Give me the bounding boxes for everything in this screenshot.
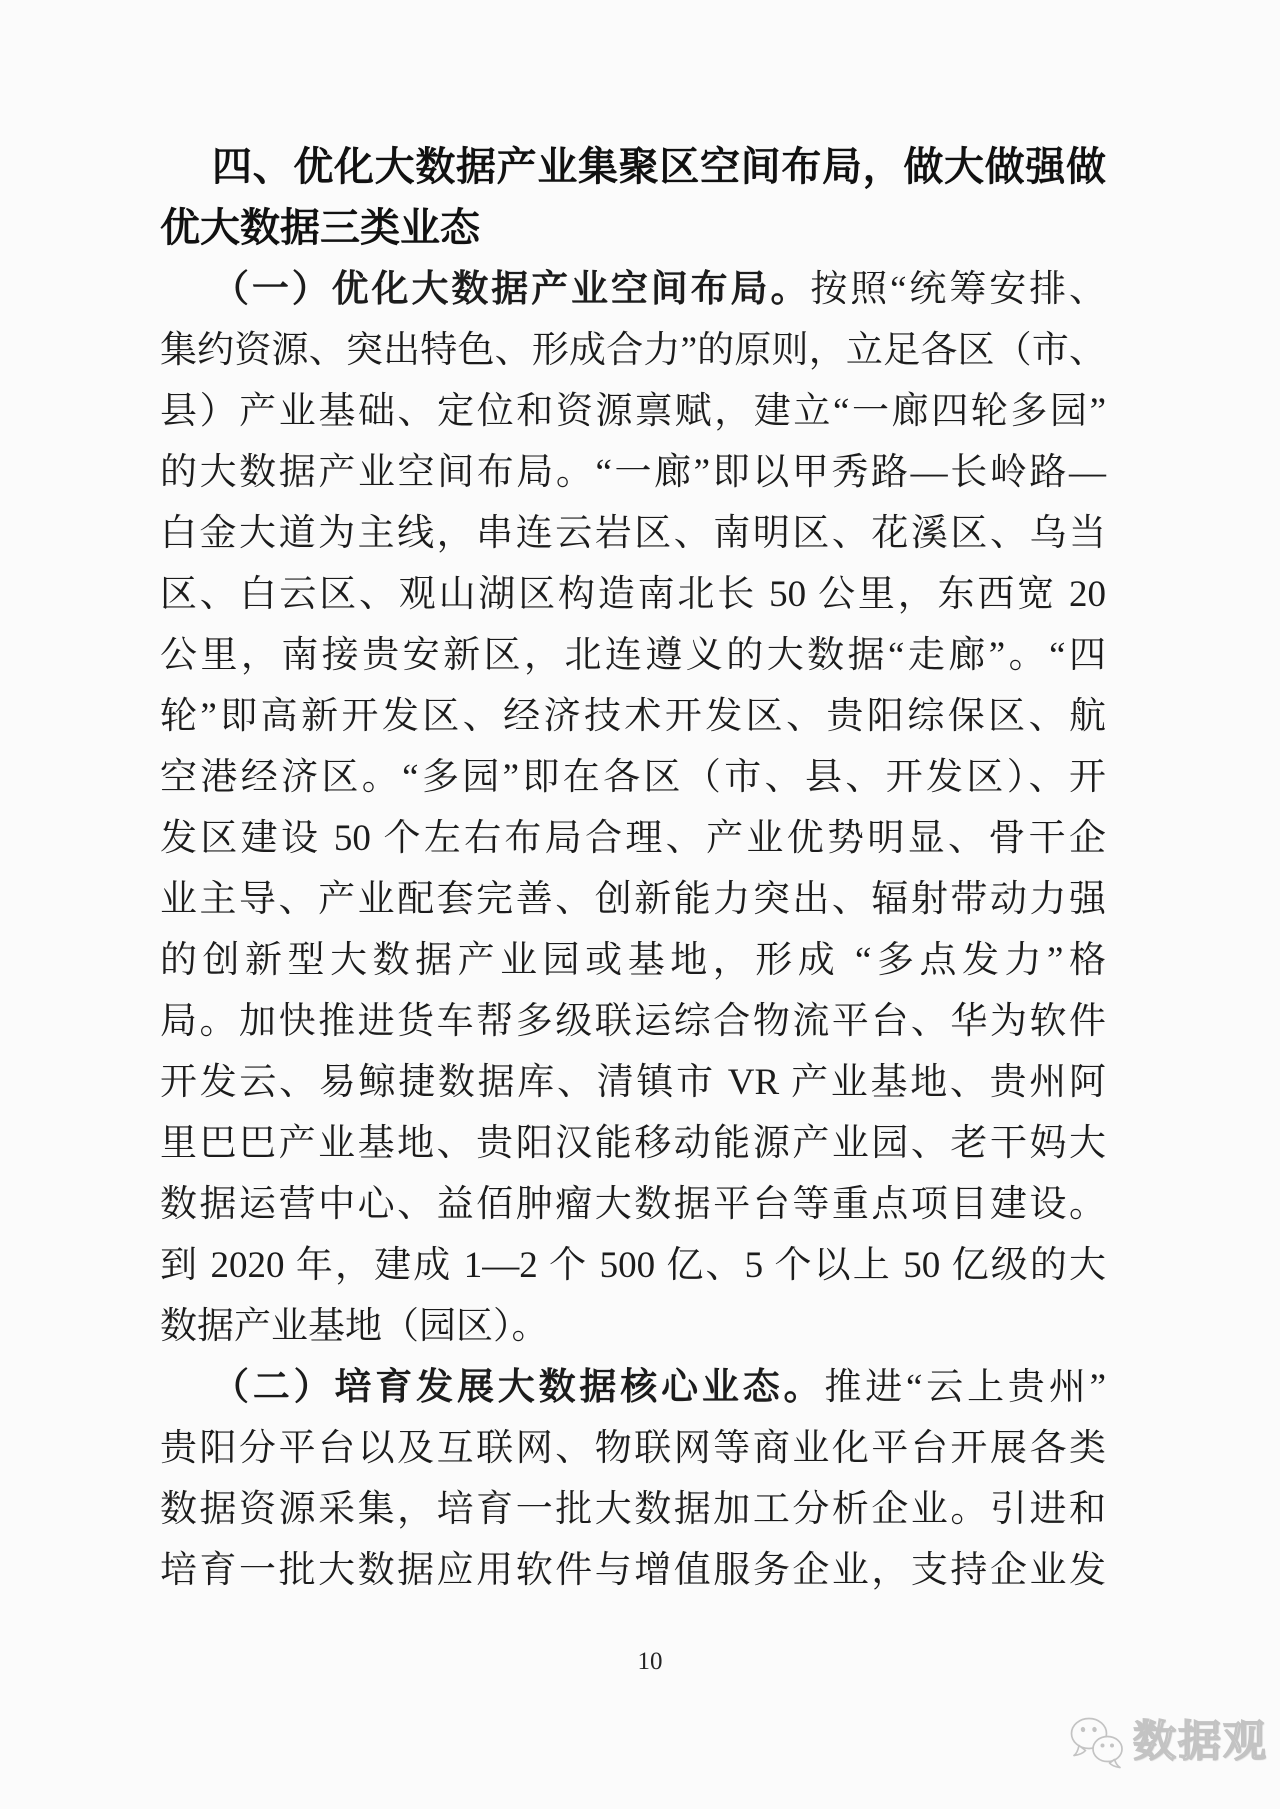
body-text: 轮”即高新开发区、经济技术开发区、贵阳综保区、航 <box>160 696 1106 737</box>
heading-line: 四、优化大数据产业集聚区空间布局，做大做强做 <box>160 137 1106 198</box>
body-text: 里巴巴产业基地、贵阳汉能移动能源产业园、老干妈大 <box>160 1123 1106 1164</box>
body-line: 业主导、产业配套完善、创新能力突出、辐射带动力强 <box>160 869 1106 930</box>
body-line: 空港经济区。“多园”即在各区（市、县、开发区）、开 <box>160 747 1106 808</box>
body-text: 局。加快推进货车帮多级联运综合物流平台、华为软件 <box>160 1001 1106 1042</box>
body-line: 公里，南接贵安新区，北连遵义的大数据“走廊”。“四 <box>160 625 1106 686</box>
body-line: 白金大道为主线，串连云岩区、南明区、花溪区、乌当 <box>160 503 1106 564</box>
body-text: 空港经济区。“多园”即在各区（市、县、开发区）、开 <box>160 757 1106 798</box>
body-text: 优大数据三类业态 <box>160 206 480 250</box>
body-text: 数据资源采集，培育一批大数据加工分析企业。引进和 <box>160 1489 1106 1530</box>
body-line: 里巴巴产业基地、贵阳汉能移动能源产业园、老干妈大 <box>160 1113 1106 1174</box>
heading-line: 优大数据三类业态 <box>160 198 1106 259</box>
body-line: 开发云、易鲸捷数据库、清镇市 VR 产业基地、贵州阿 <box>160 1052 1106 1113</box>
body-text: 开发云、易鲸捷数据库、清镇市 VR 产业基地、贵州阿 <box>160 1062 1106 1103</box>
body-text: 县）产业基础、定位和资源禀赋，建立“一廊四轮多园” <box>160 391 1106 432</box>
body-text: 数据产业基地（园区）。 <box>160 1306 549 1347</box>
watermark-label: 数据观 <box>1133 1721 1268 1764</box>
body-text: 按照“统筹安排、 <box>810 269 1106 310</box>
body-line: 培育一批大数据应用软件与增值服务企业，支持企业发 <box>160 1540 1106 1601</box>
body-line: （一）优化大数据产业空间布局。按照“统筹安排、 <box>160 259 1106 320</box>
body-line: 到 2020 年，建成 1—2 个 500 亿、5 个以上 50 亿级的大 <box>160 1235 1106 1296</box>
body-text: 推进“云上贵州” <box>824 1367 1106 1408</box>
body-line: 轮”即高新开发区、经济技术开发区、贵阳综保区、航 <box>160 686 1106 747</box>
bold-subheading-text: （一）优化大数据产业空间布局。 <box>212 269 810 310</box>
body-text: 业主导、产业配套完善、创新能力突出、辐射带动力强 <box>160 879 1106 920</box>
body-text: 数据运营中心、益佰肿瘤大数据平台等重点项目建设。 <box>160 1184 1106 1225</box>
watermark: 数据观 <box>1066 1714 1268 1770</box>
body-line: （二）培育发展大数据核心业态。推进“云上贵州” <box>160 1357 1106 1418</box>
wechat-icon <box>1066 1714 1128 1770</box>
body-text: 到 2020 年，建成 1—2 个 500 亿、5 个以上 50 亿级的大 <box>160 1245 1106 1286</box>
bold-subheading-text: （二）培育发展大数据核心业态。 <box>212 1367 824 1408</box>
body-text: 白金大道为主线，串连云岩区、南明区、花溪区、乌当 <box>160 513 1106 554</box>
body-text: 的创新型大数据产业园或基地，形成 “多点发力”格 <box>160 940 1106 981</box>
body-line: 集约资源、突出特色、形成合力”的原则，立足各区（市、 <box>160 320 1106 381</box>
body-text: 贵阳分平台以及互联网、物联网等商业化平台开展各类 <box>160 1428 1106 1469</box>
body-text: 的大数据产业空间布局。“一廊”即以甲秀路—长岭路— <box>160 452 1106 493</box>
document-page: 四、优化大数据产业集聚区空间布局，做大做强做优大数据三类业态（一）优化大数据产业… <box>0 0 1280 1809</box>
body-line: 数据资源采集，培育一批大数据加工分析企业。引进和 <box>160 1479 1106 1540</box>
body-text: 发区建设 50 个左右布局合理、产业优势明显、骨干企 <box>160 818 1106 859</box>
body-line: 的大数据产业空间布局。“一廊”即以甲秀路—长岭路— <box>160 442 1106 503</box>
body-text: 集约资源、突出特色、形成合力”的原则，立足各区（市、 <box>160 330 1106 371</box>
body-line: 县）产业基础、定位和资源禀赋，建立“一廊四轮多园” <box>160 381 1106 442</box>
body-line: 贵阳分平台以及互联网、物联网等商业化平台开展各类 <box>160 1418 1106 1479</box>
body-line: 区、白云区、观山湖区构造南北长 50 公里，东西宽 20 <box>160 564 1106 625</box>
body-line: 局。加快推进货车帮多级联运综合物流平台、华为软件 <box>160 991 1106 1052</box>
body-text: 区、白云区、观山湖区构造南北长 50 公里，东西宽 20 <box>160 574 1106 615</box>
body-text: 培育一批大数据应用软件与增值服务企业，支持企业发 <box>160 1550 1106 1591</box>
body-line: 发区建设 50 个左右布局合理、产业优势明显、骨干企 <box>160 808 1106 869</box>
page-number: 10 <box>10 1648 1280 1676</box>
body-text: 四、优化大数据产业集聚区空间布局，做大做强做 <box>212 145 1106 189</box>
body-text: 公里，南接贵安新区，北连遵义的大数据“走廊”。“四 <box>160 635 1106 676</box>
body-line: 的创新型大数据产业园或基地，形成 “多点发力”格 <box>160 930 1106 991</box>
body-line: 数据产业基地（园区）。 <box>160 1296 1106 1357</box>
document-text: 四、优化大数据产业集聚区空间布局，做大做强做优大数据三类业态（一）优化大数据产业… <box>160 137 1106 1601</box>
body-line: 数据运营中心、益佰肿瘤大数据平台等重点项目建设。 <box>160 1174 1106 1235</box>
